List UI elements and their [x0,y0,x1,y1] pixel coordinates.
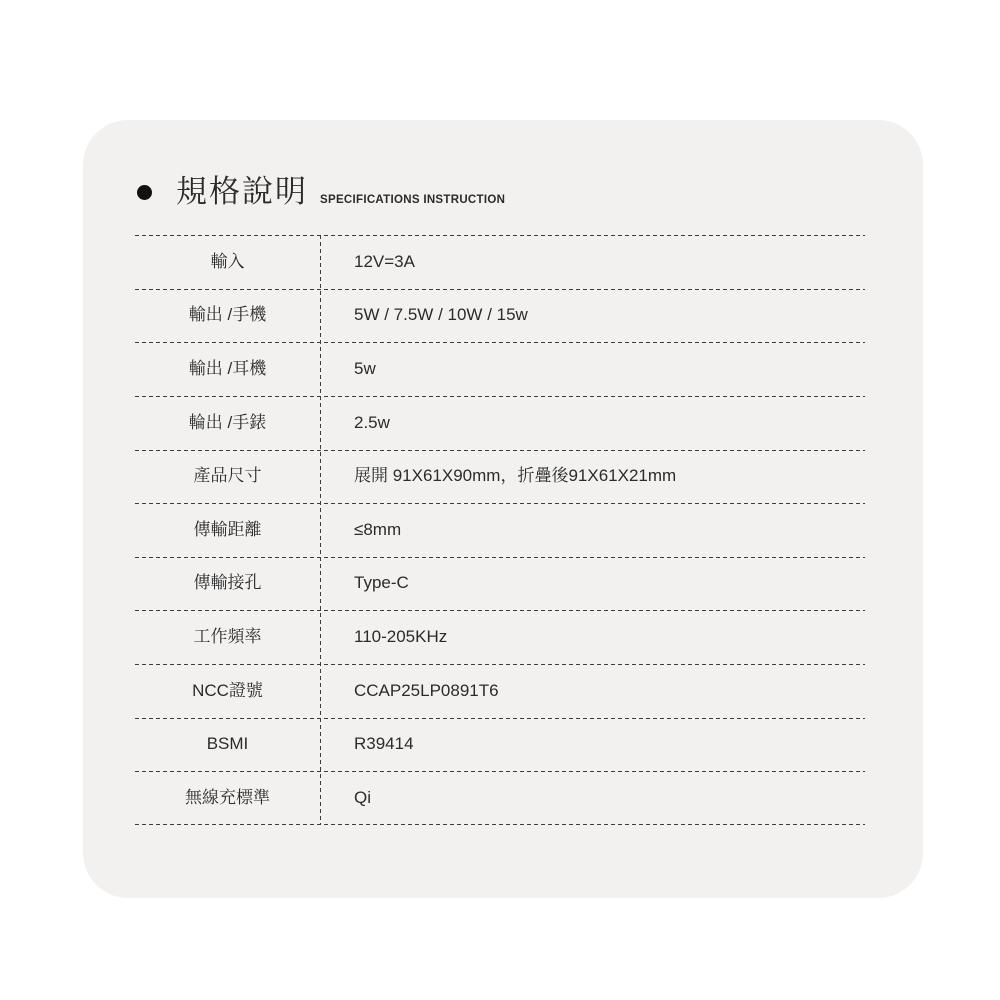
spec-label: 輸入 [135,252,320,272]
bullet-icon [137,185,152,200]
spec-value: R39414 [320,734,865,754]
spec-label: 輸出 /耳機 [135,359,320,379]
spec-row: 輸出 /耳機 5w [135,342,865,396]
spec-value: Qi [320,788,865,808]
spec-label: 產品尺寸 [135,466,320,486]
spec-label: 傳輸接孔 [135,573,320,593]
spec-value: 5W / 7.5W / 10W / 15w [320,305,865,325]
spec-value: ≤8mm [320,520,865,540]
section-title: 規格說明 [176,175,308,209]
spec-label: 傳輸距離 [135,520,320,540]
spec-value: 5w [320,359,865,379]
spec-row: 傳輸接孔 Type-C [135,557,865,611]
spec-label: 輪出 /手錶 [135,413,320,433]
spec-value: 展開 91X61X90mm，折疊後91X61X21mm [320,466,865,486]
spec-value: 12V=3A [320,252,865,272]
spec-label: 輸出 /手機 [135,305,320,325]
spec-row: 傳輸距離 ≤8mm [135,503,865,557]
spec-value: CCAP25LP0891T6 [320,681,865,701]
spec-row: 工作頻率 110-205KHz [135,610,865,664]
spec-row: 輸出 /手機 5W / 7.5W / 10W / 15w [135,289,865,343]
spec-value: 110-205KHz [320,627,865,647]
spec-card: 規格說明 SPECIFICATIONS INSTRUCTION 輸入 12V=3… [83,120,923,898]
spec-value: 2.5w [320,413,865,433]
section-header: 規格說明 SPECIFICATIONS INSTRUCTION [137,175,505,209]
spec-row: 無線充標準 Qi [135,771,865,825]
spec-row: BSMI R39414 [135,718,865,772]
spec-row: 產品尺寸 展開 91X61X90mm，折疊後91X61X21mm [135,450,865,504]
spec-table: 輸入 12V=3A 輸出 /手機 5W / 7.5W / 10W / 15w 輸… [135,235,865,825]
spec-label: 工作頻率 [135,627,320,647]
spec-value: Type-C [320,573,865,593]
spec-row: 輪出 /手錶 2.5w [135,396,865,450]
spec-label: NCC證號 [135,681,320,701]
spec-label: 無線充標準 [135,788,320,808]
spec-label: BSMI [135,734,320,754]
section-subtitle: SPECIFICATIONS INSTRUCTION [320,194,505,209]
spec-row: NCC證號 CCAP25LP0891T6 [135,664,865,718]
spec-row: 輸入 12V=3A [135,235,865,289]
